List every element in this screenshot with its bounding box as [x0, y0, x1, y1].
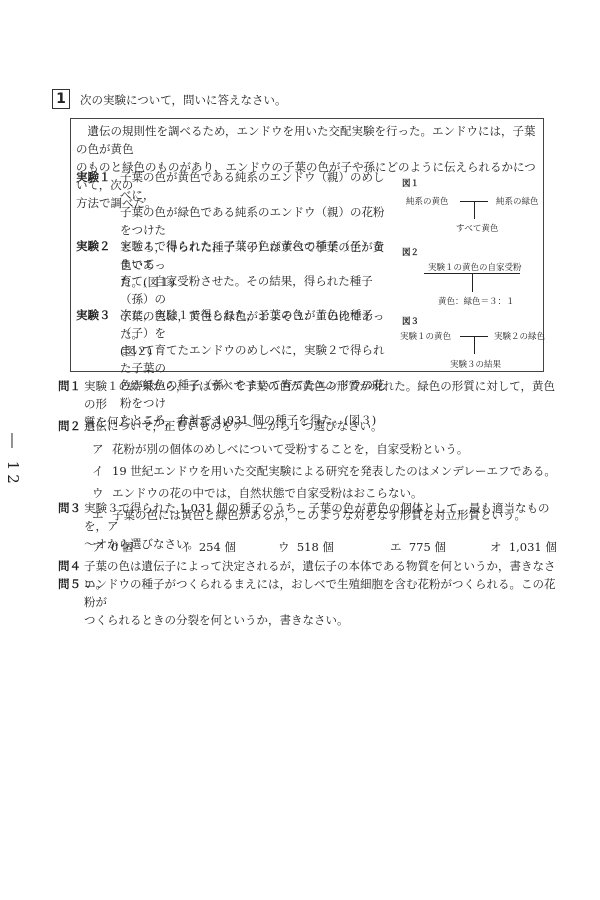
choice-text: 775 個: [409, 540, 446, 554]
cross-line-vertical: [474, 336, 475, 354]
choice-u: ウ 518 個: [278, 538, 334, 556]
figure-result-label: すべて黄色: [456, 222, 498, 234]
sub-question-label: 問２: [58, 417, 81, 435]
choice-text: 0 個: [111, 540, 133, 554]
figure-top-label: 実験１の黄色の自家受粉: [428, 261, 522, 273]
choice-key: ウ: [278, 540, 290, 554]
cross-line-vertical: [474, 201, 475, 219]
choice-key: ア: [92, 540, 104, 554]
sub-question-text: 実験１の結果から，子はすべて子葉の色が黄色の形質が現れた。緑色の形質に対して，黄…: [84, 377, 558, 413]
sub-question-text: 実験３で得られた 1,031 個の種子のうち，子葉の色が黄色の個体として，最も適…: [84, 499, 558, 535]
sub-question-text: エンドウの種子がつくられるまえには，おしべで生殖細胞を含む花粉がつくられる。この…: [84, 575, 558, 611]
choice-key: オ: [490, 540, 502, 554]
experiment-line: 子葉の色が黄色である純系のエンドウ（親）のめしべに，: [120, 169, 386, 204]
experiment-line: まいて育てたエンドウのめしべに，実験２で得られた子葉の: [120, 342, 386, 377]
option-text: 19 世紀エンドウを用いた交配実験による研究を発表したのはメンデレーエフである。: [112, 464, 556, 478]
experiment-line: 子葉の色が緑色である純系のエンドウ（親）の花粉をつけた: [120, 204, 386, 239]
figure-right-label: 純系の緑色: [496, 195, 539, 207]
intro-line: 遺伝の規則性を調べるため，エンドウを用いた交配実験を行った。エンドウには，子葉の…: [76, 122, 540, 158]
experiment-label: 実験２: [76, 238, 111, 256]
option-text: エンドウの花の中では，自然状態で自家受粉はおこらない。: [112, 486, 423, 500]
sub-question-text: つくられるときの分裂を何というか，書きなさい。: [84, 611, 558, 629]
experiment-label: 実験１: [76, 169, 111, 187]
figure-result-label: 黄色：緑色＝３：１: [438, 295, 515, 307]
sub-question-label: 問１: [58, 377, 81, 395]
option-a: ア花粉が別の個体のめしべについて受粉することを，自家受粉という。: [92, 440, 468, 458]
choice-o: オ 1,031 個: [490, 538, 557, 556]
sub-question-label: 問４: [58, 557, 81, 575]
figure-title: 図３: [402, 315, 419, 327]
figure-2: 図２ 実験１の黄色の自家受粉 黄色：緑色＝３：１: [398, 246, 543, 306]
figure-3: 図３ 実験１の黄色 実験２の緑色 実験３の結果: [398, 315, 543, 375]
experiment-line: 育て，自家受粉させた。その結果，得られた種子（孫）の: [120, 273, 386, 308]
experiment-label: 実験３: [76, 307, 111, 325]
option-text: 花粉が別の個体のめしべについて受粉することを，自家受粉という。: [112, 442, 468, 456]
sub-question-5: 問５ エンドウの種子がつくられるまえには，おしべで生殖細胞を含む花粉がつくられる…: [58, 575, 558, 629]
option-i: イ19 世紀エンドウを用いた交配実験による研究を発表したのはメンデレーエフである…: [92, 462, 556, 480]
page-number: ― 12 ―: [2, 430, 22, 490]
choice-text: 1,031 個: [509, 540, 557, 554]
choice-a: ア 0 個: [92, 538, 133, 556]
sub-question-text: 遺伝について，正しいものをア～エから１つ選びなさい。: [84, 417, 558, 435]
choice-text: 254 個: [199, 540, 236, 554]
figure-result-label: 実験３の結果: [450, 358, 501, 370]
choice-key: イ: [180, 540, 192, 554]
choice-key: エ: [390, 540, 402, 554]
figure-right-label: 実験２の緑色: [494, 330, 545, 342]
choice-text: 518 個: [297, 540, 334, 554]
figure-title: 図１: [402, 177, 419, 189]
figure-left-label: 実験１の黄色: [400, 330, 451, 342]
sub-question-2: 問２ 遺伝について，正しいものをア～エから１つ選びなさい。: [58, 417, 558, 435]
option-key: ア: [92, 440, 112, 458]
sub-question-label: 問５: [58, 575, 81, 593]
figure-1: 図１ 純系の黄色 純系の緑色 すべて黄色: [398, 177, 543, 237]
choice-e: エ 775 個: [390, 538, 446, 556]
cross-line-vertical: [472, 273, 473, 292]
option-key: イ: [92, 462, 112, 480]
sub-question-label: 問３: [58, 499, 81, 517]
question-title: 次の実験について，問いに答えなさい。: [80, 92, 287, 108]
choice-i: イ 254 個: [180, 538, 236, 556]
figure-title: 図２: [402, 246, 419, 258]
experiment-line: 次に，実験１で得られた，子葉の色が黄色の種子（子）を: [120, 307, 386, 342]
question-number-box: 1: [52, 89, 70, 109]
experiment-line: 実験１で得られた，子葉の色が黄色の種子（子）をまいて: [120, 238, 386, 273]
figure-left-label: 純系の黄色: [406, 195, 449, 207]
